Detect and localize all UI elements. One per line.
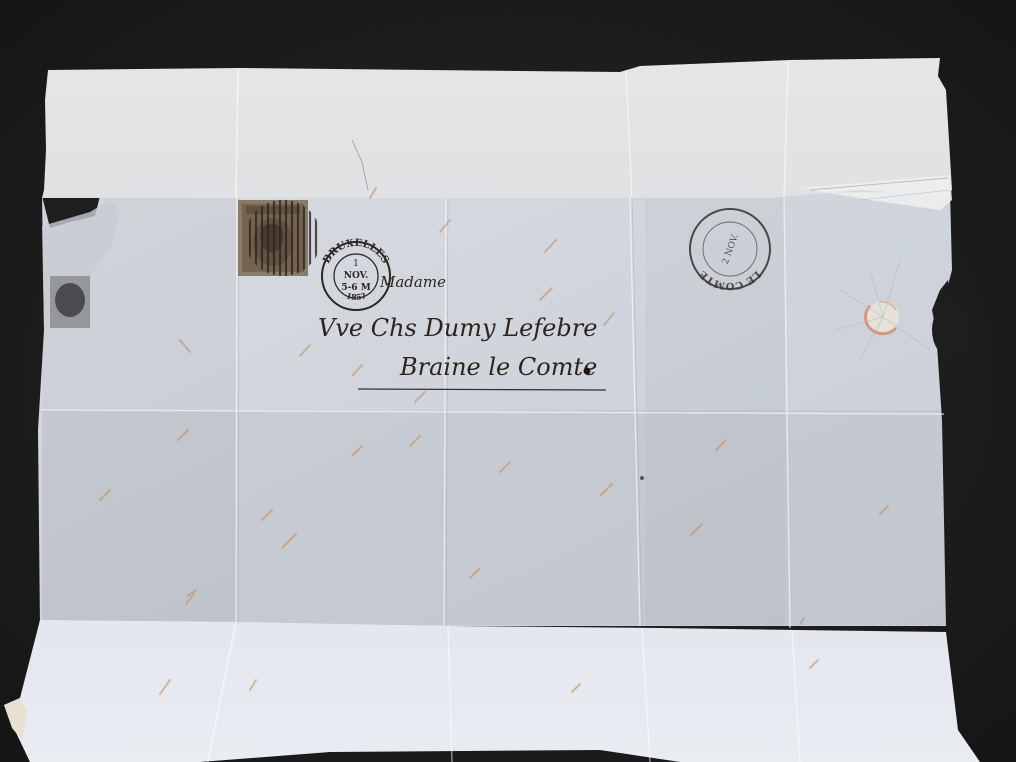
origin-time: 5-6 M	[341, 283, 370, 293]
address-line-2: Vve Chs Dumy Lefebre	[318, 314, 597, 342]
hole-under-tape	[55, 283, 85, 317]
ink-blot	[584, 368, 591, 375]
right-edge-hole	[932, 302, 972, 358]
address-line-3: Braine le Comte	[399, 353, 597, 381]
origin-month: NOV.	[344, 271, 368, 281]
bottom-flap	[4, 620, 980, 762]
letter-body	[38, 192, 952, 626]
address-line-1: Madame	[379, 273, 446, 291]
origin-day: 1	[353, 259, 359, 269]
top-flap	[42, 58, 952, 210]
letter-photo: BRUXELLES 1 NOV. 5-6 M 185? LE COMTE 2 N…	[0, 0, 1016, 762]
